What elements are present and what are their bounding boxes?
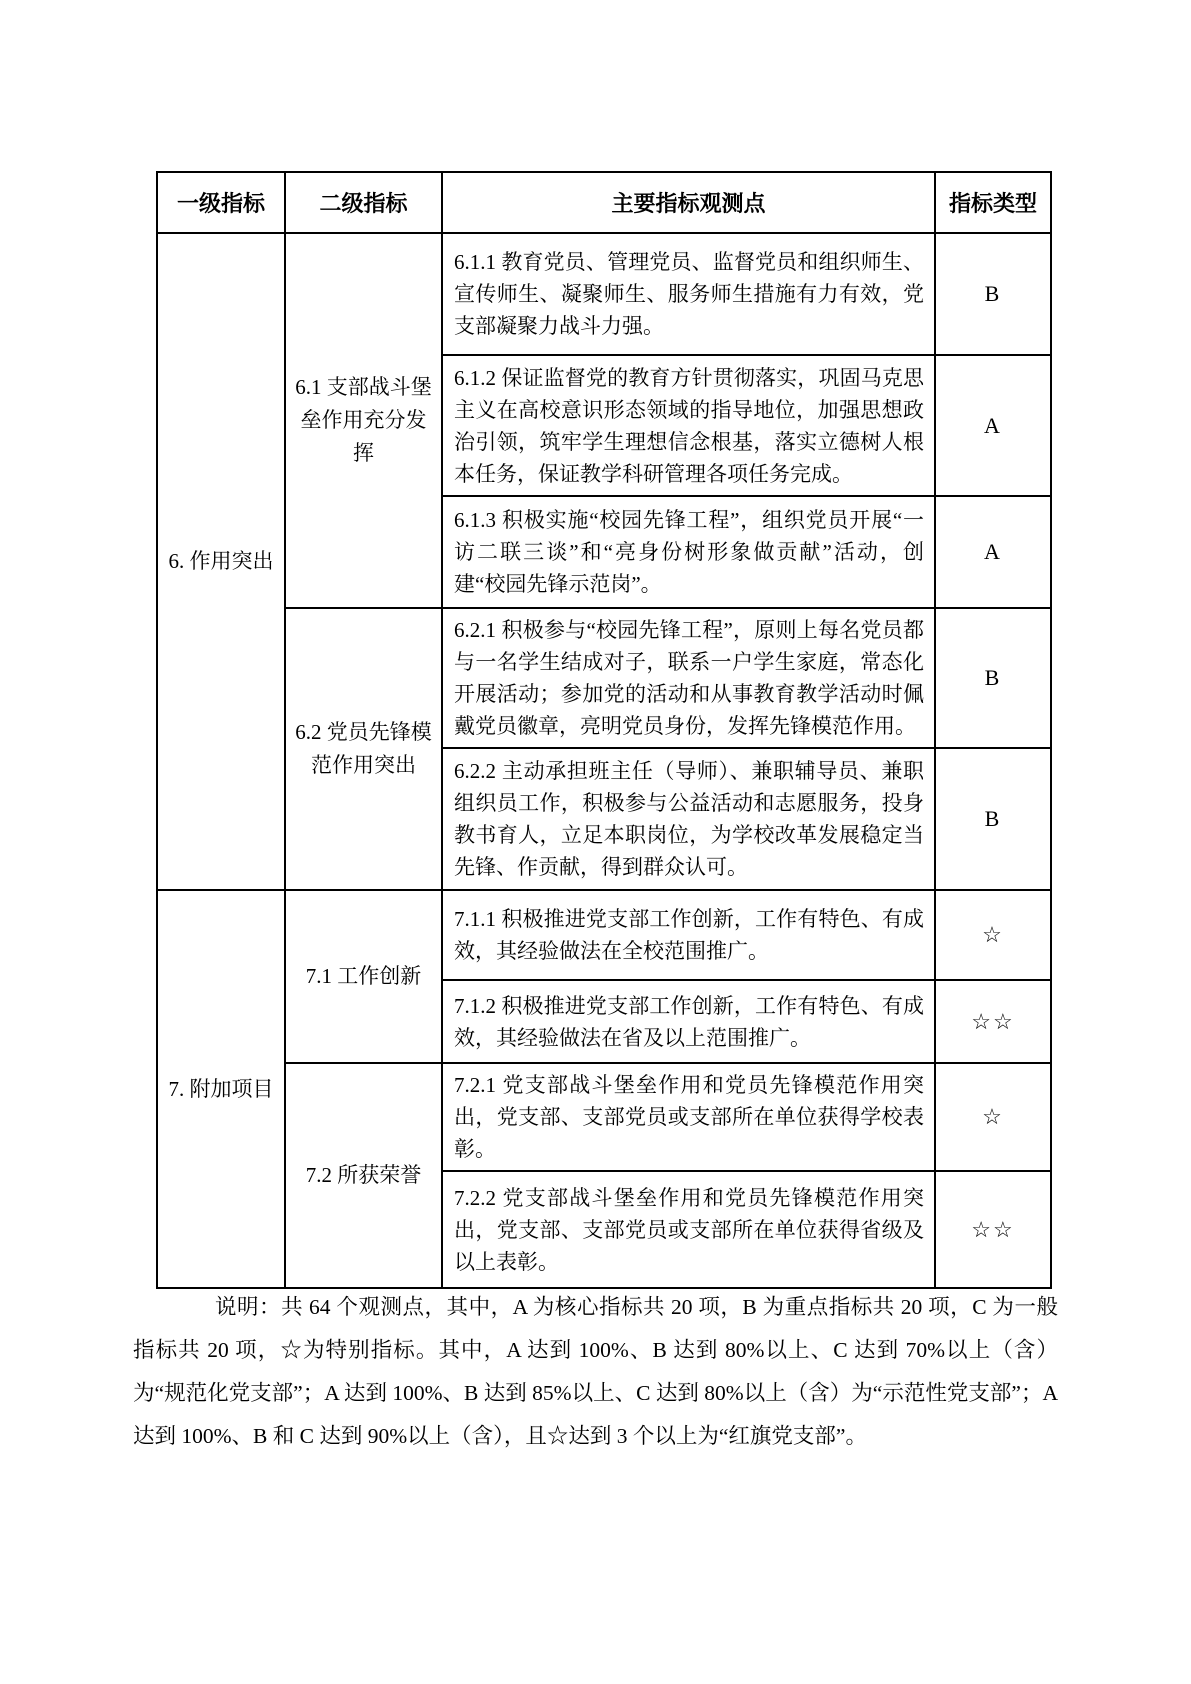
type-cell-7-2-1: ☆ — [935, 1063, 1051, 1171]
level2-cell-7-2: 7.2 所获荣誉 — [285, 1063, 442, 1288]
type-cell-6-1-2: A — [935, 355, 1051, 496]
type-cell-7-2-2: ☆☆ — [935, 1171, 1051, 1288]
type-cell-6-2-1: B — [935, 608, 1051, 748]
level2-cell-7-1: 7.1 工作创新 — [285, 890, 442, 1063]
header-level2-indicator: 二级指标 — [285, 172, 442, 233]
table-row: 7. 附加项目 7.1 工作创新 7.1.1 积极推进党支部工作创新，工作有特色… — [157, 890, 1051, 980]
point-cell-7-2-2: 7.2.2 党支部战斗堡垒作用和党员先锋模范作用突出，党支部、支部党员或支部所在… — [442, 1171, 935, 1288]
note-paragraph: 说明：共 64 个观测点，其中，A 为核心指标共 20 项，B 为重点指标共 2… — [133, 1286, 1058, 1458]
point-cell-7-1-2: 7.1.2 积极推进党支部工作创新，工作有特色、有成效，其经验做法在省及以上范围… — [442, 980, 935, 1063]
level1-cell-6: 6. 作用突出 — [157, 233, 285, 890]
level2-cell-6-1: 6.1 支部战斗堡垒作用充分发挥 — [285, 233, 442, 608]
point-cell-6-1-2: 6.1.2 保证监督党的教育方针贯彻落实，巩固马克思主义在高校意识形态领域的指导… — [442, 355, 935, 496]
type-cell-7-1-1: ☆ — [935, 890, 1051, 980]
type-cell-6-2-2: B — [935, 748, 1051, 890]
point-cell-6-2-1: 6.2.1 积极参与“校园先锋工程”，原则上每名党员都与一名学生结成对子，联系一… — [442, 608, 935, 748]
table-row: 6. 作用突出 6.1 支部战斗堡垒作用充分发挥 6.1.1 教育党员、管理党员… — [157, 233, 1051, 355]
table-row: 7.2 所获荣誉 7.2.1 党支部战斗堡垒作用和党员先锋模范作用突出，党支部、… — [157, 1063, 1051, 1171]
level1-cell-7: 7. 附加项目 — [157, 890, 285, 1288]
table-row: 6.2 党员先锋模范作用突出 6.2.1 积极参与“校园先锋工程”，原则上每名党… — [157, 608, 1051, 748]
point-cell-7-2-1: 7.2.1 党支部战斗堡垒作用和党员先锋模范作用突出，党支部、支部党员或支部所在… — [442, 1063, 935, 1171]
header-observation-point: 主要指标观测点 — [442, 172, 935, 233]
indicator-table: 一级指标 二级指标 主要指标观测点 指标类型 6. 作用突出 6.1 支部战斗堡… — [156, 171, 1052, 1289]
point-cell-6-1-1: 6.1.1 教育党员、管理党员、监督党员和组织师生、宣传师生、凝聚师生、服务师生… — [442, 233, 935, 355]
type-cell-7-1-2: ☆☆ — [935, 980, 1051, 1063]
header-level1-indicator: 一级指标 — [157, 172, 285, 233]
document-page: 一级指标 二级指标 主要指标观测点 指标类型 6. 作用突出 6.1 支部战斗堡… — [0, 0, 1191, 1684]
type-cell-6-1-1: B — [935, 233, 1051, 355]
point-cell-6-1-3: 6.1.3 积极实施“校园先锋工程”，组织党员开展“一访二联三谈”和“亮身份树形… — [442, 496, 935, 608]
header-indicator-type: 指标类型 — [935, 172, 1051, 233]
point-cell-6-2-2: 6.2.2 主动承担班主任（导师）、兼职辅导员、兼职组织员工作，积极参与公益活动… — [442, 748, 935, 890]
table-header-row: 一级指标 二级指标 主要指标观测点 指标类型 — [157, 172, 1051, 233]
point-cell-7-1-1: 7.1.1 积极推进党支部工作创新，工作有特色、有成效，其经验做法在全校范围推广… — [442, 890, 935, 980]
level2-cell-6-2: 6.2 党员先锋模范作用突出 — [285, 608, 442, 890]
type-cell-6-1-3: A — [935, 496, 1051, 608]
